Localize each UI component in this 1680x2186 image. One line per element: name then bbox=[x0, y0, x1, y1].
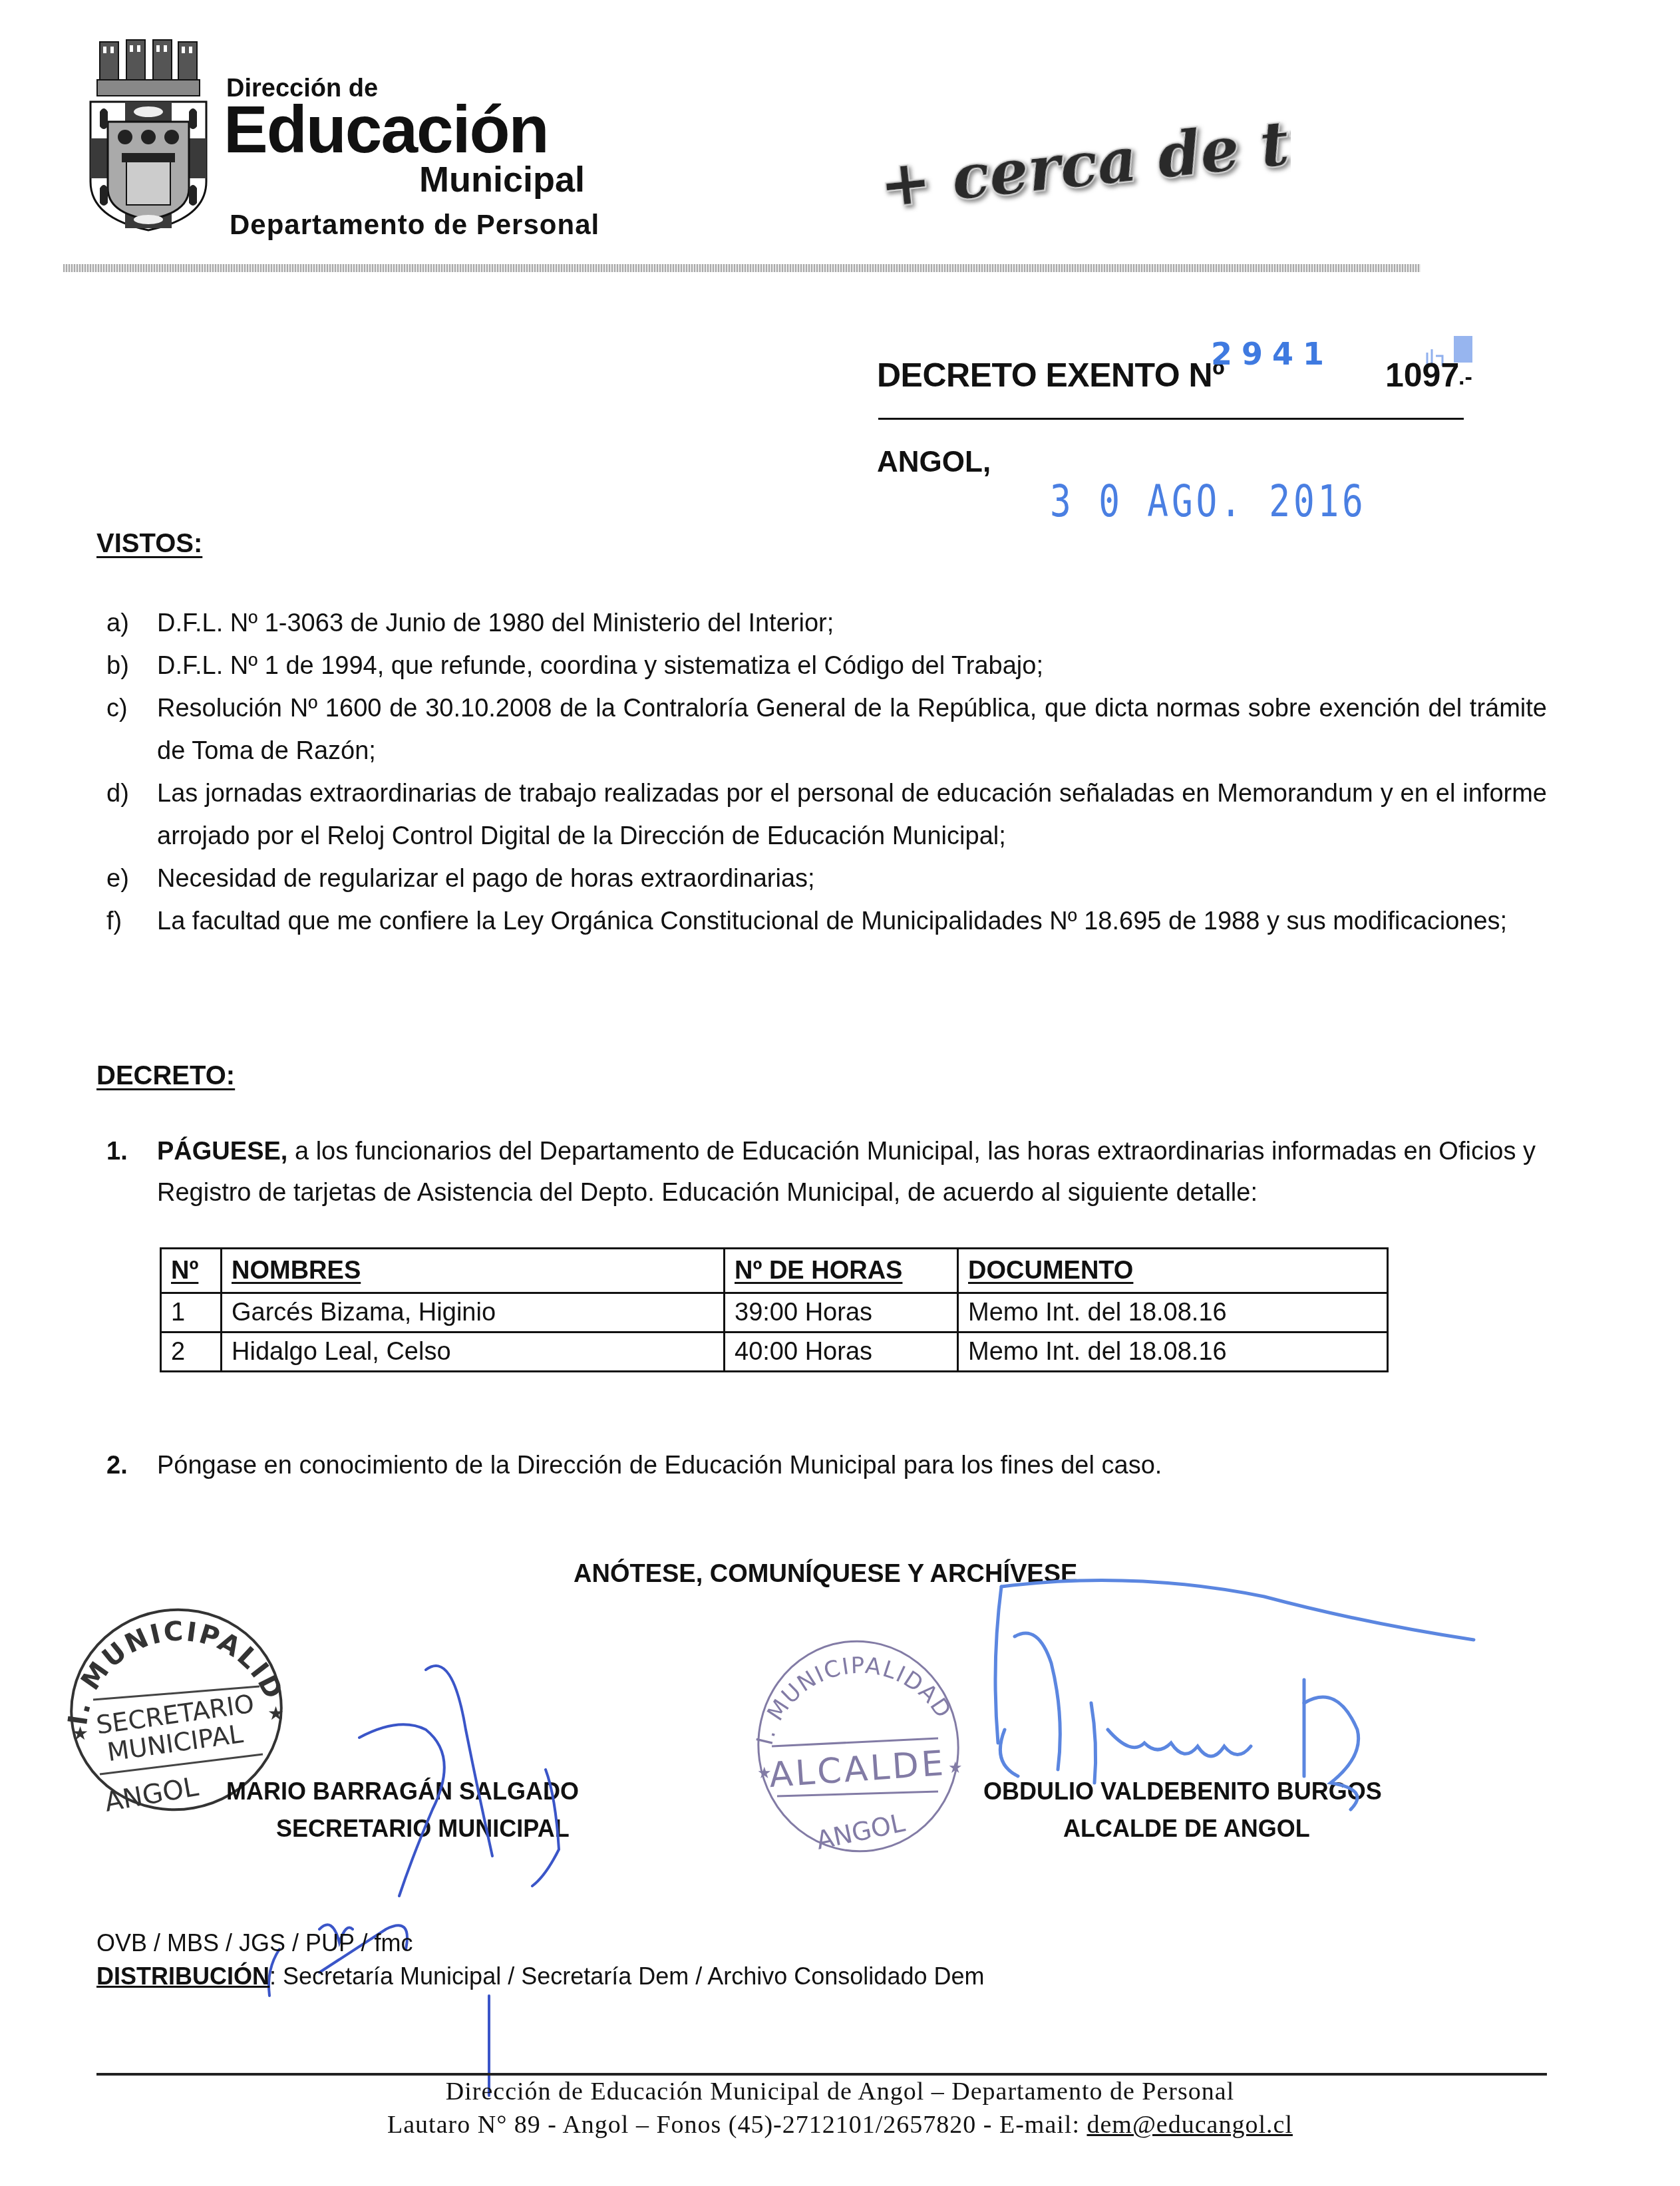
item-text: D.F.L. Nº 1 de 1994, que refunde, coordi… bbox=[157, 645, 1547, 687]
col-header-number: Nº bbox=[161, 1249, 222, 1293]
mayor-title: ALCALDE DE ANGOL bbox=[1063, 1815, 1310, 1843]
item-text: Las jornadas extraordinarias de trabajo … bbox=[157, 772, 1547, 858]
distribution-label: DISTRIBUCIÓN bbox=[96, 1962, 269, 1990]
item-text: Póngase en conocimiento de la Dirección … bbox=[157, 1445, 1547, 1486]
vistos-item: a) D.F.L. Nº 1-3063 de Junio de 1980 del… bbox=[106, 602, 1547, 645]
svg-text:I. MUNICIPALIDAD: I. MUNICIPALIDAD bbox=[752, 1652, 957, 1748]
decreto-heading: DECRETO: bbox=[96, 1061, 235, 1091]
decree-title: DECRETO EXENTO Nº bbox=[877, 356, 1224, 394]
decree-place: ANGOL, bbox=[877, 446, 991, 479]
vistos-item: b) D.F.L. Nº 1 de 1994, que refunde, coo… bbox=[106, 645, 1547, 687]
table-row: 1 Garcés Bizama, Higinio 39:00 Horas Mem… bbox=[161, 1293, 1388, 1332]
decreto-item: 2. Póngase en conocimiento de la Direcci… bbox=[106, 1445, 1547, 1486]
cell-number: 1 bbox=[161, 1293, 222, 1332]
cell-document: Memo Int. del 18.08.16 bbox=[958, 1293, 1388, 1332]
mayor-name: OBDULIO VALDEBENITO BURGOS bbox=[983, 1778, 1382, 1805]
svg-text:★: ★ bbox=[267, 1703, 284, 1724]
decree-stamped-number: 2941 bbox=[1211, 336, 1333, 372]
item-label: c) bbox=[106, 687, 128, 730]
cell-number: 2 bbox=[161, 1332, 222, 1372]
item-text: Necesidad de regularizar el pago de hora… bbox=[157, 858, 1547, 900]
decree-number: 1097 bbox=[1385, 356, 1459, 394]
item-label: d) bbox=[106, 772, 129, 815]
table-header-row: Nº NOMBRES Nº DE HORAS DOCUMENTO bbox=[161, 1249, 1388, 1293]
item-text: La facultad que me confiere la Ley Orgán… bbox=[157, 900, 1547, 943]
footer-email-link[interactable]: dem@educangol.cl bbox=[1087, 2111, 1293, 2139]
initials-line: OVB / MBS / JGS / PUP / fmc bbox=[96, 1929, 413, 1957]
item-label: 2. bbox=[106, 1445, 128, 1486]
cell-document: Memo Int. del 18.08.16 bbox=[958, 1332, 1388, 1372]
secretary-title: SECRETARIO MUNICIPAL bbox=[276, 1815, 570, 1843]
closing-formula: ANÓTESE, COMUNÍQUESE Y ARCHÍVESE bbox=[574, 1560, 1077, 1589]
date-stamp: 3 0 AGO. 2016 bbox=[1050, 476, 1367, 527]
municipal-coat-of-arms-icon bbox=[85, 39, 212, 232]
item-label: f) bbox=[106, 900, 122, 943]
item-text: D.F.L. Nº 1-3063 de Junio de 1980 del Mi… bbox=[157, 602, 1547, 645]
decreto-item: 1. PÁGUESE, a los funcionarios del Depar… bbox=[106, 1131, 1547, 1213]
secretary-name: MARIO BARRAGÁN SALGADO bbox=[226, 1778, 579, 1805]
decree-underline bbox=[878, 418, 1464, 420]
slogan-logo: + cerca de ti bbox=[865, 100, 1291, 213]
item-text: Resolución Nº 1600 de 30.10.2008 de la C… bbox=[157, 687, 1547, 772]
svg-text:ANGOL: ANGOL bbox=[814, 1808, 908, 1855]
item-text: a los funcionarios del Departamento de E… bbox=[157, 1138, 1536, 1207]
header-department: Departamento de Personal bbox=[230, 209, 599, 241]
col-header-hours: Nº DE HORAS bbox=[725, 1249, 958, 1293]
distribution-line: DISTRIBUCIÓN: Secretaría Municipal / Sec… bbox=[96, 1962, 984, 1990]
footer-address: Lautaro N° 89 - Angol – Fonos (45)-27121… bbox=[387, 2111, 1087, 2139]
col-header-names: NOMBRES bbox=[222, 1249, 725, 1293]
col-header-document: DOCUMENTO bbox=[958, 1249, 1388, 1293]
mayor-stamp: I. MUNICIPALIDAD ALCALDE ★ ★ ANGOL bbox=[745, 1633, 971, 1859]
svg-text:★: ★ bbox=[757, 1764, 772, 1782]
svg-text:★: ★ bbox=[72, 1723, 88, 1744]
vistos-item: c) Resolución Nº 1600 de 30.10.2008 de l… bbox=[106, 687, 1547, 772]
svg-text:★: ★ bbox=[948, 1759, 963, 1777]
svg-text:ALCALDE: ALCALDE bbox=[768, 1744, 947, 1796]
item-label: e) bbox=[106, 858, 129, 900]
overtime-table: Nº NOMBRES Nº DE HORAS DOCUMENTO 1 Garcé… bbox=[160, 1247, 1389, 1372]
decree-number-suffix: .- bbox=[1458, 365, 1472, 390]
cell-hours: 39:00 Horas bbox=[725, 1293, 958, 1332]
cell-hours: 40:00 Horas bbox=[725, 1332, 958, 1372]
item-label: b) bbox=[106, 645, 129, 687]
svg-text:ANGOL: ANGOL bbox=[102, 1772, 202, 1818]
footer-contact: Lautaro N° 89 - Angol – Fonos (45)-27121… bbox=[0, 2110, 1680, 2139]
footer-organization: Dirección de Educación Municipal de Ango… bbox=[0, 2077, 1680, 2106]
vistos-item: d) Las jornadas extraordinarias de traba… bbox=[106, 772, 1547, 858]
footer-divider bbox=[96, 2073, 1547, 2076]
vistos-heading: VISTOS: bbox=[96, 529, 202, 559]
vistos-item: f) La facultad que me confiere la Ley Or… bbox=[106, 900, 1547, 943]
item-label: 1. bbox=[106, 1131, 128, 1172]
distribution-text: : Secretaría Municipal / Secretaría Dem … bbox=[269, 1962, 984, 1990]
item-bold-lead: PÁGUESE, bbox=[157, 1138, 287, 1166]
header-separator bbox=[63, 264, 1421, 272]
vistos-item: e) Necesidad de regularizar el pago de h… bbox=[106, 858, 1547, 900]
header-line-2: Educación bbox=[224, 96, 548, 163]
cell-name: Hidalgo Leal, Celso bbox=[222, 1332, 725, 1372]
item-label: a) bbox=[106, 602, 129, 645]
svg-text:+ cerca de ti: + cerca de ti bbox=[876, 104, 1291, 213]
header-line-3: Municipal bbox=[419, 162, 585, 198]
table-row: 2 Hidalgo Leal, Celso 40:00 Horas Memo I… bbox=[161, 1332, 1388, 1372]
cell-name: Garcés Bizama, Higinio bbox=[222, 1293, 725, 1332]
